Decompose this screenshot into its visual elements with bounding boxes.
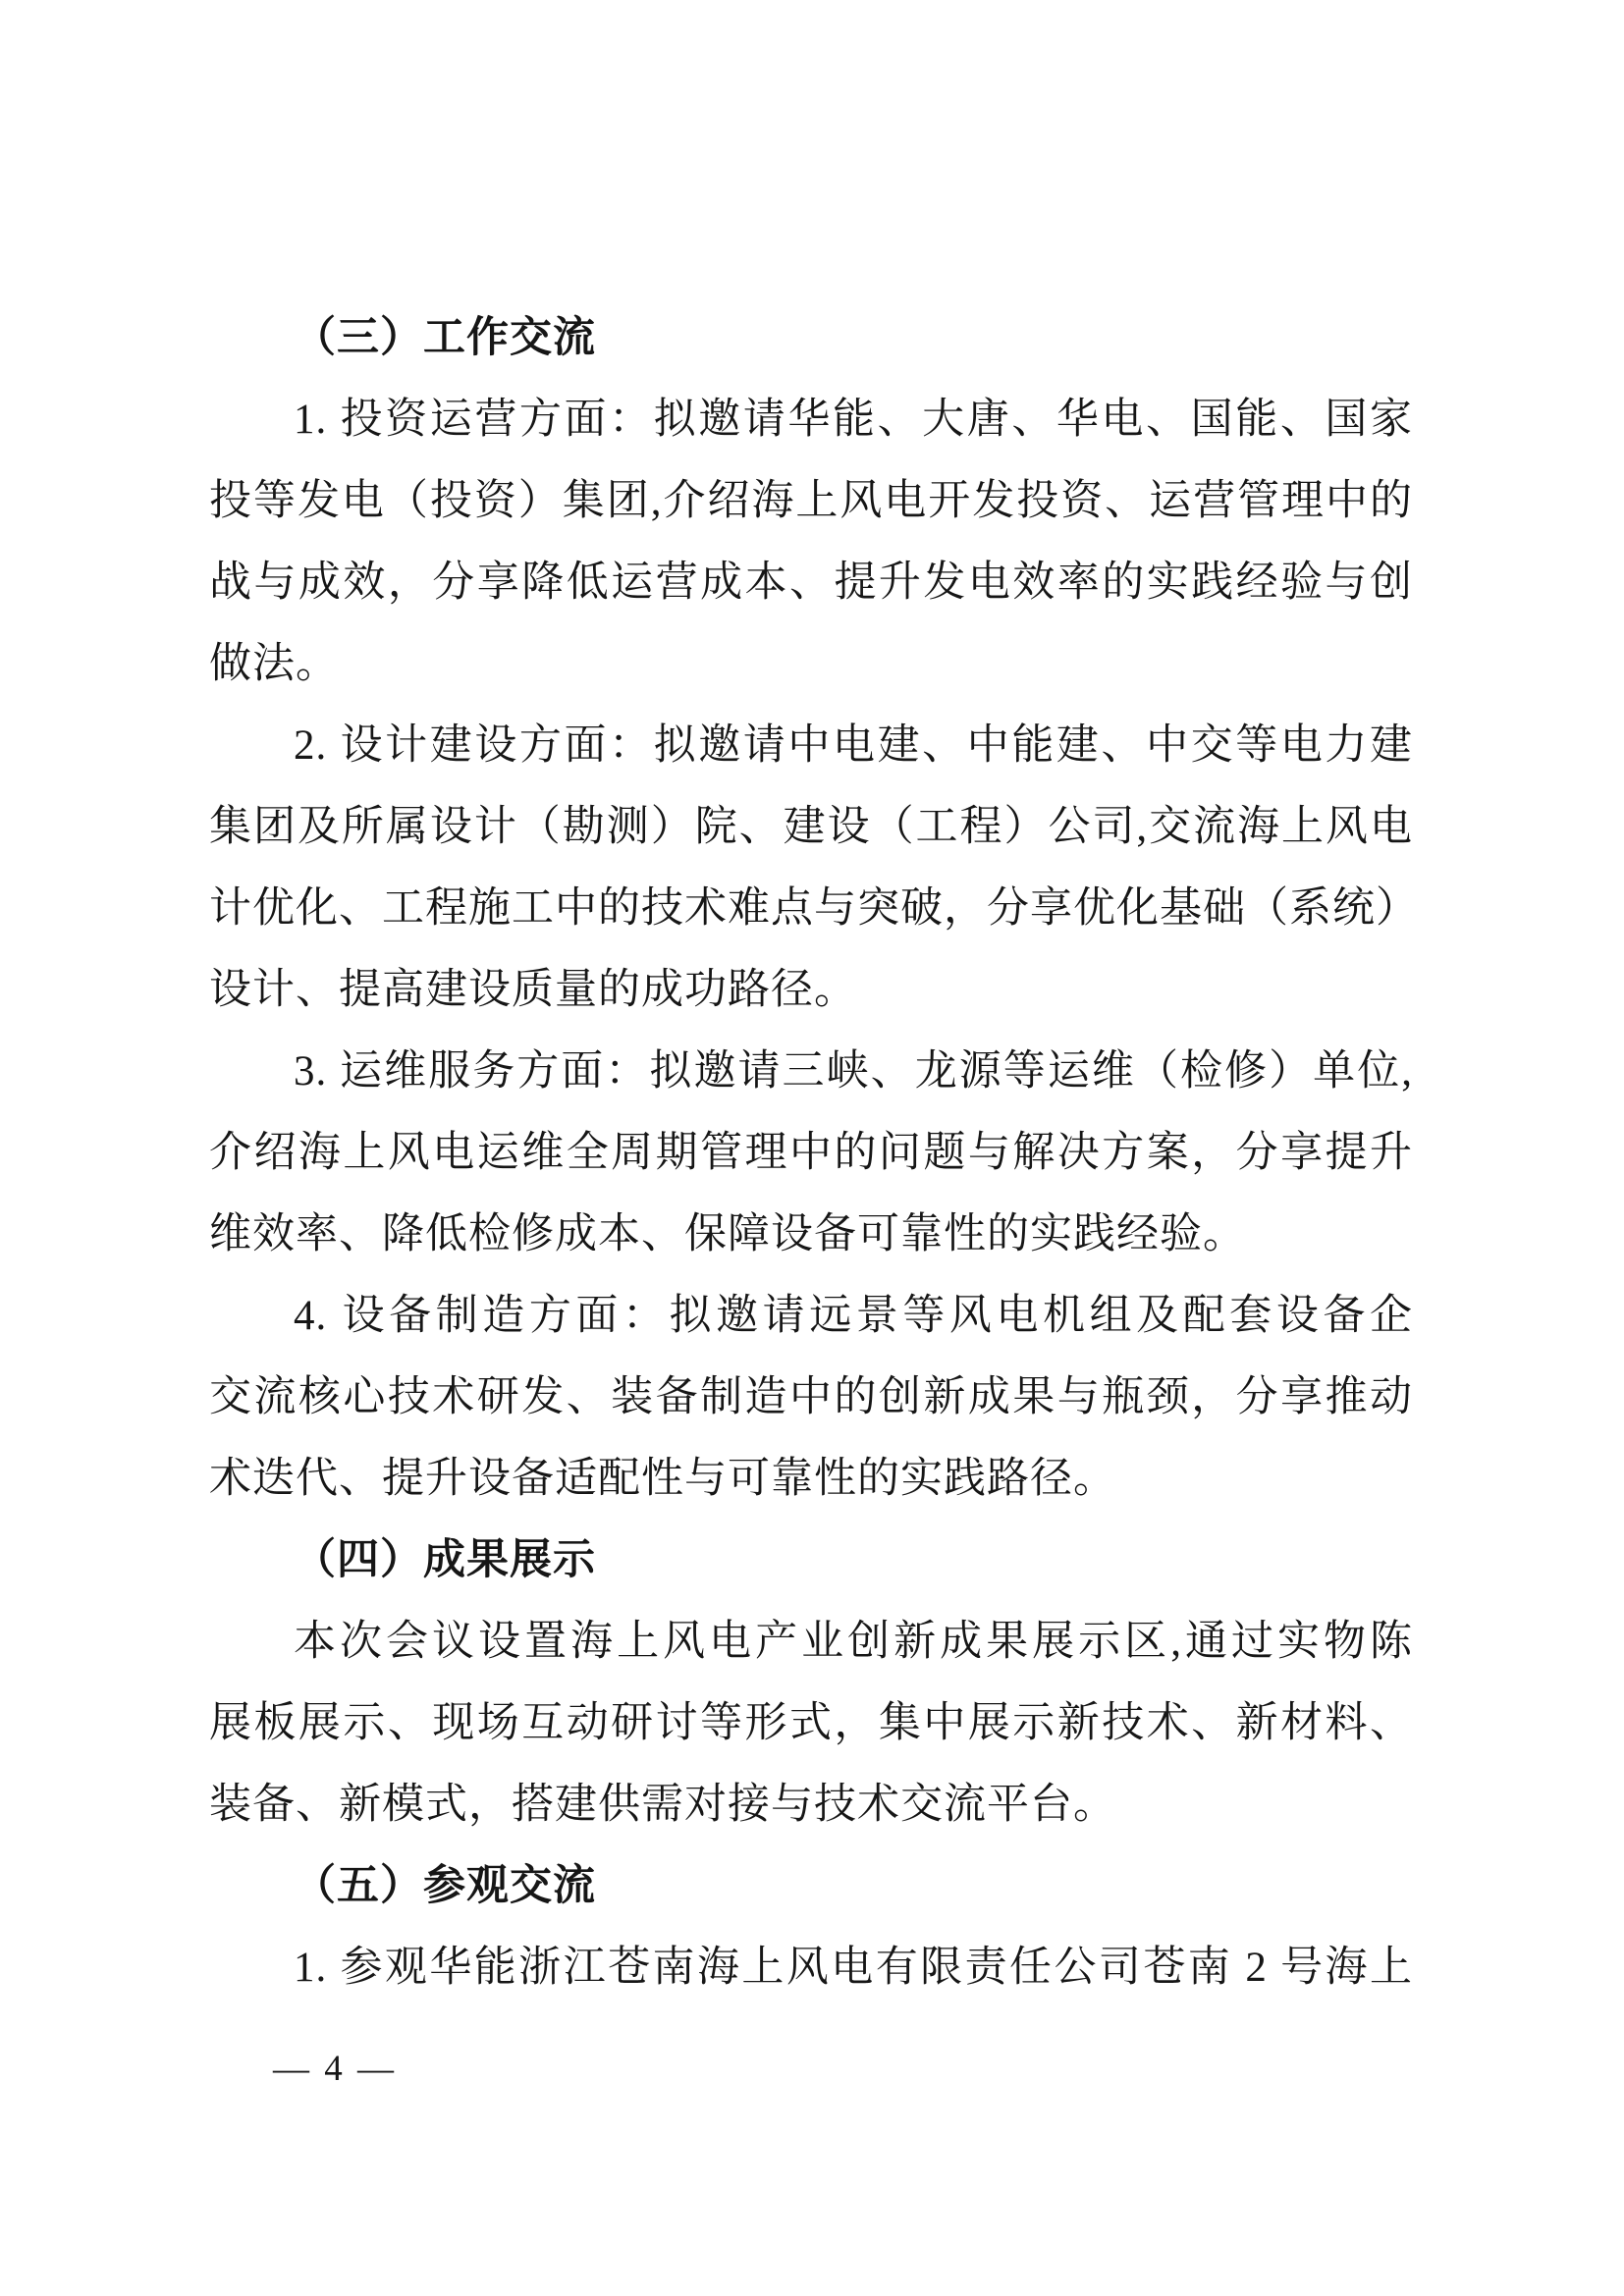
- text-line: 术迭代、提升设备适配性与可靠性的实践路径。: [209, 1438, 1413, 1520]
- text-line: 本次会议设置海上风电产业创新成果展示区,通过实物陈列、: [209, 1601, 1413, 1682]
- text-line: 介绍海上风电运维全周期管理中的问题与解决方案，分享提升运: [209, 1112, 1413, 1194]
- text-line: 1. 参观华能浙江苍南海上风电有限责任公司苍南 2 号海上风: [209, 1927, 1413, 2008]
- section-heading-5: （五）参观交流: [209, 1845, 1413, 1927]
- text-line: 维效率、降低检修成本、保障设备可靠性的实践经验。: [209, 1194, 1413, 1275]
- text-line: 交流核心技术研发、装备制造中的创新成果与瓶颈，分享推动技: [209, 1357, 1413, 1438]
- text-line: 3. 运维服务方面：拟邀请三峡、龙源等运维（检修）单位,: [209, 1031, 1413, 1112]
- text-line: 投等发电（投资）集团,介绍海上风电开发投资、运营管理中的挑: [209, 460, 1413, 542]
- document-body: （三）工作交流 1. 投资运营方面：拟邀请华能、大唐、华电、国能、国家电 投等发…: [209, 297, 1413, 2008]
- text-line: 2. 设计建设方面：拟邀请中电建、中能建、中交等电力建设: [209, 705, 1413, 786]
- text-line: 计优化、工程施工中的技术难点与突破，分享优化基础（系统）: [209, 868, 1413, 949]
- document-page: （三）工作交流 1. 投资运营方面：拟邀请华能、大唐、华电、国能、国家电 投等发…: [0, 0, 1624, 2296]
- text-line: 集团及所属设计（勘测）院、建设（工程）公司,交流海上风电设: [209, 786, 1413, 868]
- text-line: 4. 设备制造方面：拟邀请远景等风电机组及配套设备企业，: [209, 1275, 1413, 1357]
- section-heading-3: （三）工作交流: [209, 297, 1413, 379]
- text-line: 装备、新模式，搭建供需对接与技术交流平台。: [209, 1764, 1413, 1845]
- text-line: 设计、提高建设质量的成功路径。: [209, 949, 1413, 1031]
- text-line: 战与成效，分享降低运营成本、提升发电效率的实践经验与创新: [209, 542, 1413, 623]
- section-heading-4: （四）成果展示: [209, 1520, 1413, 1601]
- text-line: 做法。: [209, 623, 1413, 705]
- text-line: 1. 投资运营方面：拟邀请华能、大唐、华电、国能、国家电: [209, 379, 1413, 460]
- page-number: — 4 —: [273, 2044, 397, 2095]
- text-line: 展板展示、现场互动研讨等形式，集中展示新技术、新材料、新: [209, 1682, 1413, 1764]
